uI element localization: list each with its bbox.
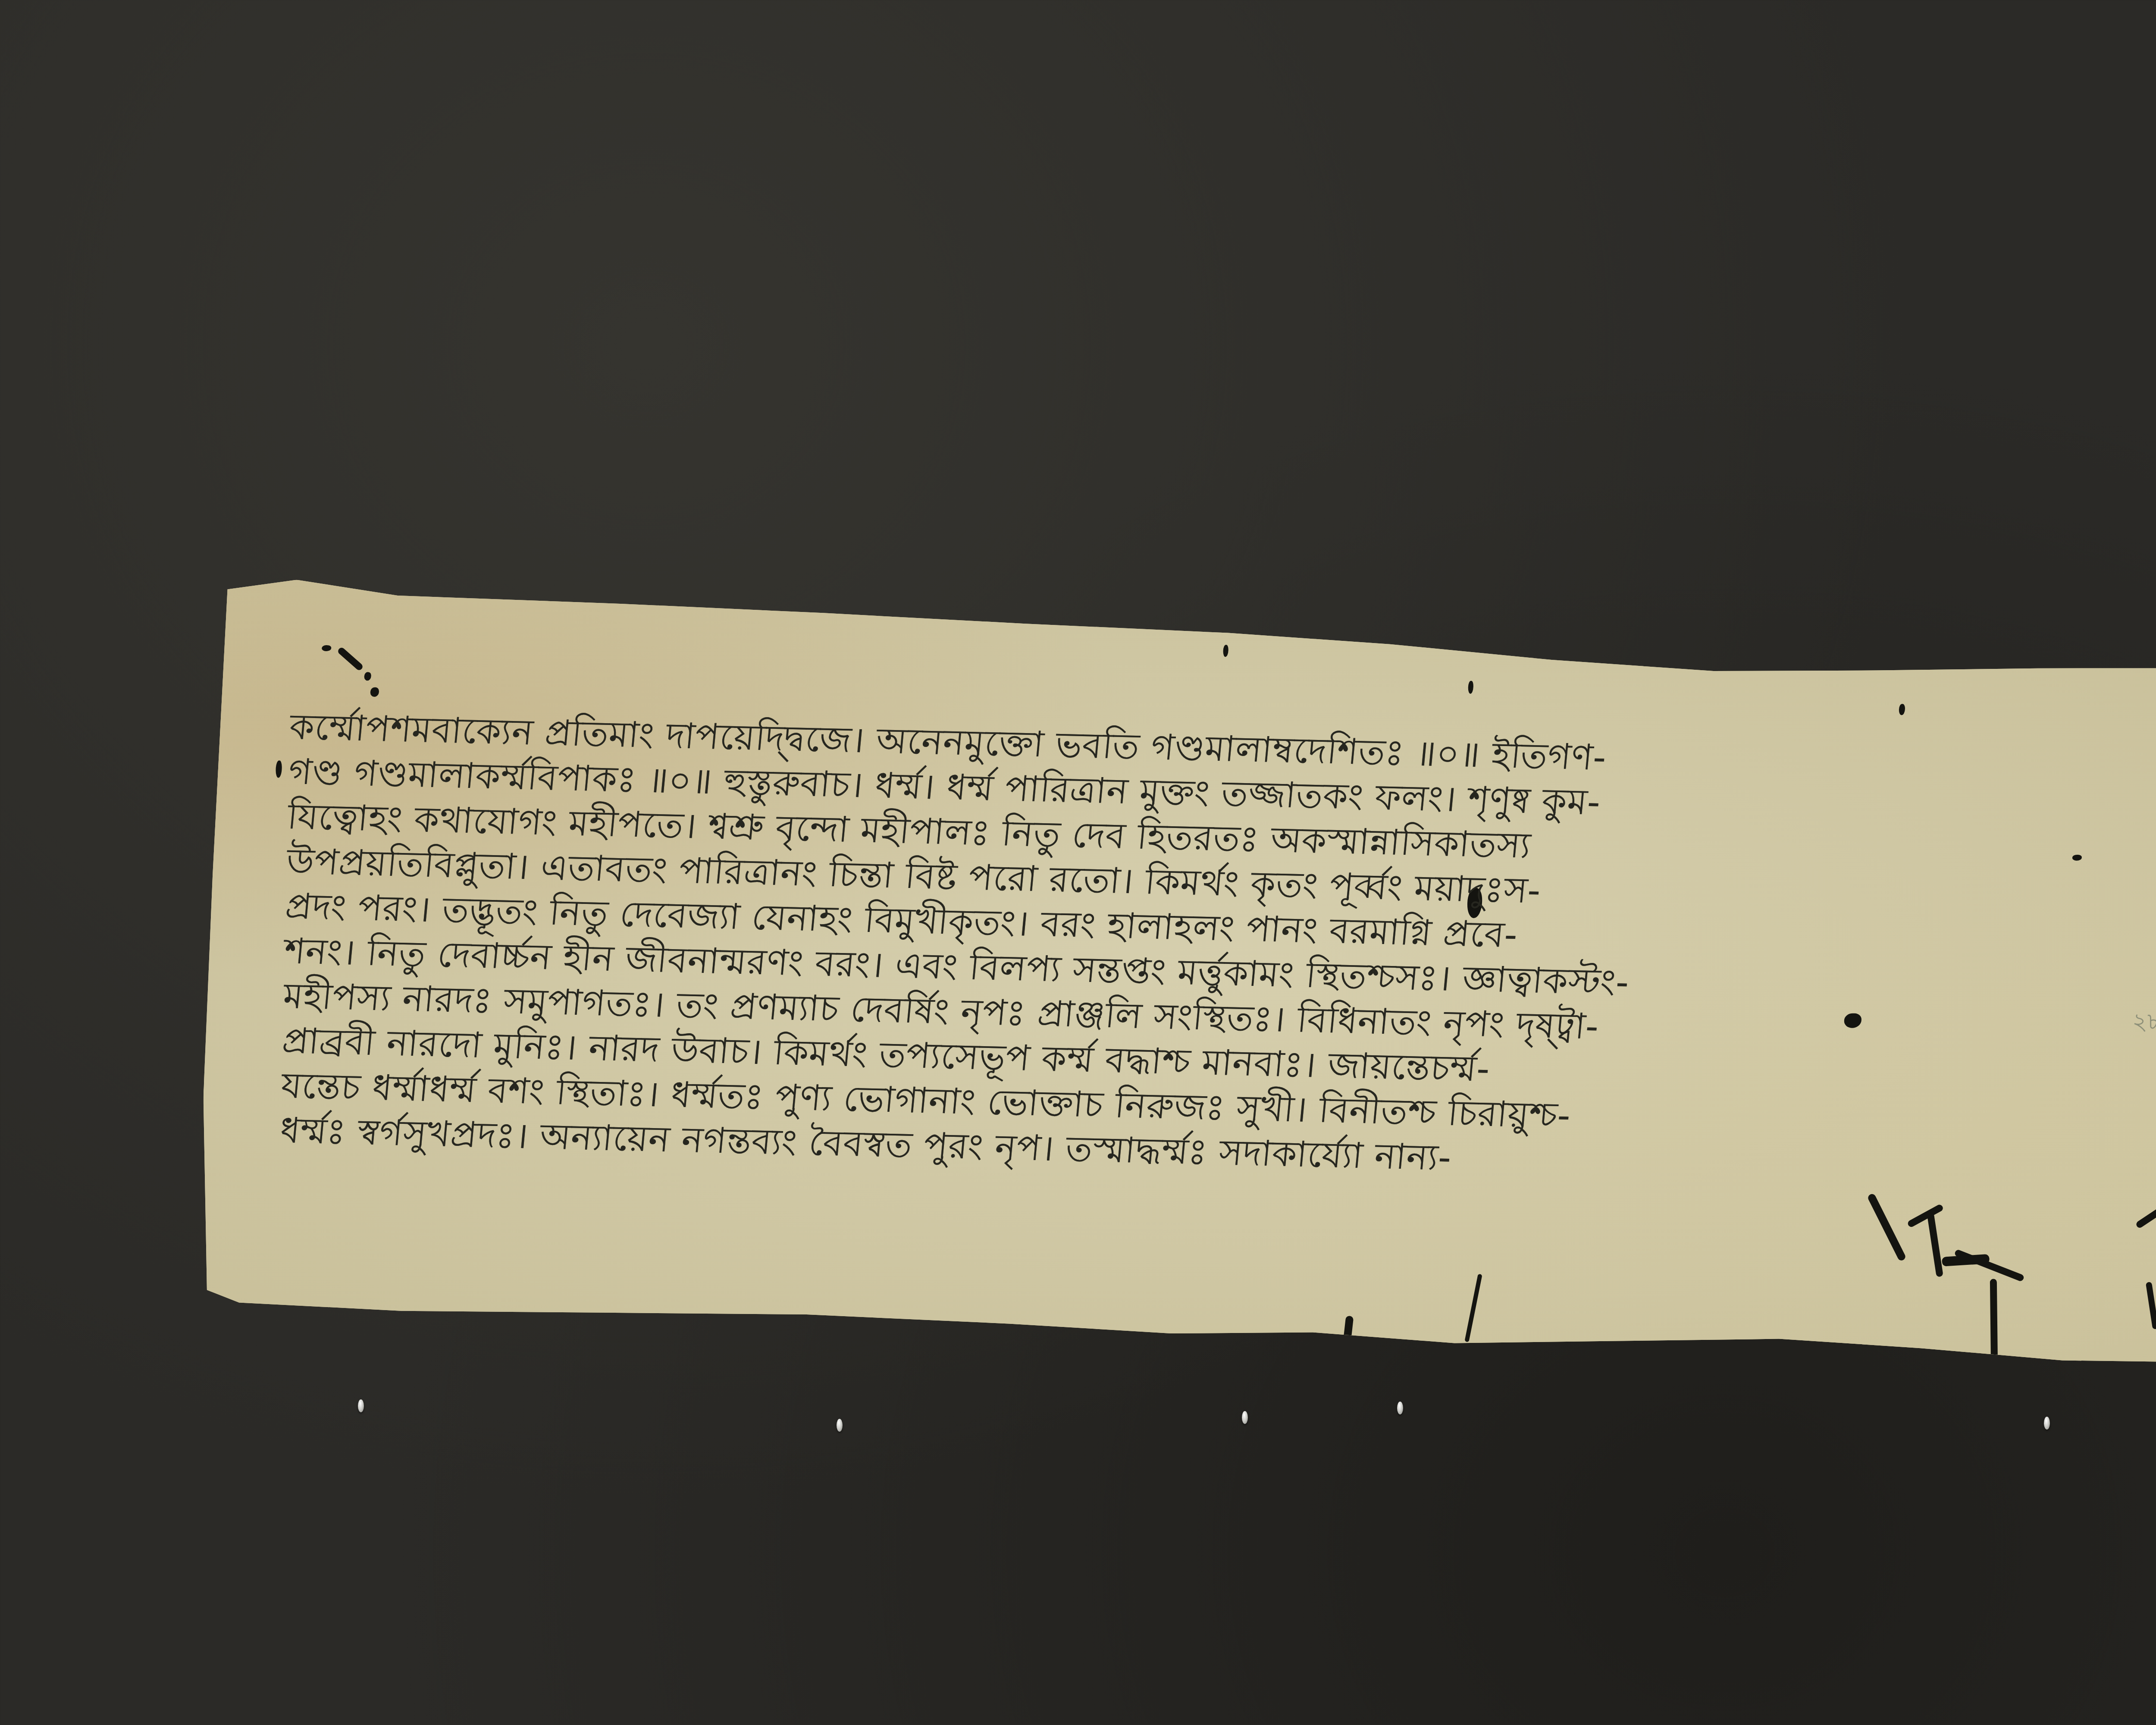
display-board: কর্ম্মোপশমবাক্যেন প্রতিমাং দাপয়েদ্দ্বিজ… bbox=[0, 0, 2156, 1725]
ink-mark bbox=[337, 646, 364, 671]
ink-trail bbox=[2146, 1282, 2156, 1330]
pin-icon bbox=[1397, 1402, 1403, 1414]
ink-blot bbox=[370, 687, 379, 697]
pin-icon bbox=[358, 1399, 364, 1412]
ink-blot bbox=[1899, 704, 1905, 715]
pin-icon bbox=[2044, 1417, 2050, 1430]
pin-icon bbox=[1242, 1411, 1248, 1424]
pin-icon bbox=[837, 1419, 843, 1432]
ink-blot bbox=[1223, 645, 1228, 657]
ink-trail bbox=[1341, 1315, 1354, 1363]
ink-blot bbox=[322, 645, 331, 652]
manuscript-text: কর্ম্মোপশমবাক্যেন প্রতিমাং দাপয়েদ্দ্বিজ… bbox=[280, 705, 2135, 1197]
ink-trail bbox=[1927, 1212, 1943, 1277]
manuscript-leaf: কর্ম্মোপশমবাক্যেন প্রতিমাং দাপয়েদ্দ্বিজ… bbox=[198, 578, 2156, 1367]
ink-trail bbox=[1990, 1279, 1998, 1391]
ink-trail bbox=[1907, 1204, 1944, 1228]
ink-blot bbox=[364, 672, 371, 681]
ink-trail bbox=[2135, 1185, 2156, 1229]
ink-trail bbox=[1954, 1249, 2024, 1282]
pencil-folio-number: ২৮/— bbox=[2132, 1003, 2156, 1043]
ink-blot bbox=[1468, 681, 1473, 694]
ink-trail bbox=[1867, 1193, 1906, 1262]
ink-trail bbox=[1464, 1274, 1482, 1342]
ink-blot bbox=[276, 760, 282, 778]
